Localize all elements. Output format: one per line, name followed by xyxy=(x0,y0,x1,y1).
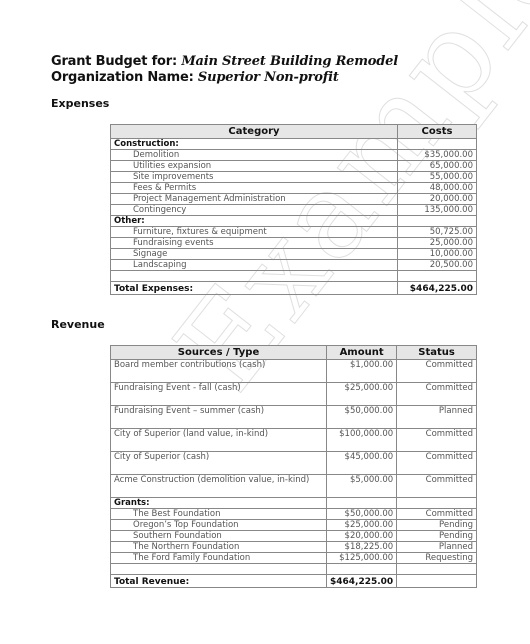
revenue-table: Sources / Type Amount Status Board membe… xyxy=(110,345,477,588)
empty-cell xyxy=(397,575,477,588)
spacer-cell xyxy=(111,271,398,282)
spacer-cell xyxy=(398,271,477,282)
grant-row: Southern Foundation$20,000.00Pending xyxy=(111,531,477,542)
revenue-row: Acme Construction (demolition value, in-… xyxy=(111,475,477,498)
grant-title-value: Main Street Building Remodel xyxy=(181,54,398,69)
column-header-status: Status xyxy=(397,346,477,360)
revenue-row: City of Superior (land value, in-kind)$1… xyxy=(111,429,477,452)
expense-cost: 48,000.00 xyxy=(398,183,477,194)
total-expenses-label: Total Expenses: xyxy=(111,282,398,295)
grant-row: The Northern Foundation$18,225.00Planned xyxy=(111,542,477,553)
total-revenue-label: Total Revenue: xyxy=(111,575,327,588)
expense-cost: 20,000.00 xyxy=(398,194,477,205)
expense-cost: 65,000.00 xyxy=(398,161,477,172)
revenue-status: Committed xyxy=(397,383,477,406)
expense-row: Demolition$35,000.00 xyxy=(111,150,477,161)
expense-row: Fees & Permits48,000.00 xyxy=(111,183,477,194)
spacer-cell xyxy=(111,564,327,575)
revenue-amount: $1,000.00 xyxy=(327,360,397,383)
empty-cell xyxy=(397,498,477,509)
grant-name: The Ford Family Foundation xyxy=(111,553,327,564)
expense-cost: 55,000.00 xyxy=(398,172,477,183)
expense-row: Fundraising events25,000.00 xyxy=(111,238,477,249)
organization-label: Organization Name: xyxy=(51,70,194,85)
grant-amount: $50,000.00 xyxy=(327,509,397,520)
expense-name: Fees & Permits xyxy=(111,183,398,194)
expense-name: Project Management Administration xyxy=(111,194,398,205)
expense-group-cost-empty xyxy=(398,139,477,150)
revenue-status: Committed xyxy=(397,452,477,475)
grant-status: Pending xyxy=(397,520,477,531)
revenue-amount: $100,000.00 xyxy=(327,429,397,452)
expense-cost: 10,000.00 xyxy=(398,249,477,260)
grant-name: Oregon’s Top Foundation xyxy=(111,520,327,531)
expense-row: Contingency135,000.00 xyxy=(111,205,477,216)
organization-value: Superior Non-profit xyxy=(198,70,339,85)
expense-name: Utilities expansion xyxy=(111,161,398,172)
revenue-amount: $25,000.00 xyxy=(327,383,397,406)
column-header-costs: Costs xyxy=(398,125,477,139)
expenses-total-row: Total Expenses:$464,225.00 xyxy=(111,282,477,295)
grant-row: The Ford Family Foundation$125,000.00Req… xyxy=(111,553,477,564)
expense-cost: 50,725.00 xyxy=(398,227,477,238)
expense-row: Project Management Administration20,000.… xyxy=(111,194,477,205)
grant-name: The Northern Foundation xyxy=(111,542,327,553)
revenue-row: Fundraising Event – summer (cash)$50,000… xyxy=(111,406,477,429)
revenue-source: Board member contributions (cash) xyxy=(111,360,327,383)
grant-amount: $20,000.00 xyxy=(327,531,397,542)
expense-name: Fundraising events xyxy=(111,238,398,249)
revenue-heading: Revenue xyxy=(51,318,105,331)
expense-row: Landscaping20,500.00 xyxy=(111,260,477,271)
grant-status: Pending xyxy=(397,531,477,542)
grant-status: Planned xyxy=(397,542,477,553)
expense-cost: 25,000.00 xyxy=(398,238,477,249)
grant-status: Requesting xyxy=(397,553,477,564)
total-expenses-value: $464,225.00 xyxy=(398,282,477,295)
grant-row: Oregon’s Top Foundation$25,000.00Pending xyxy=(111,520,477,531)
expense-group-label: Construction: xyxy=(111,139,398,150)
expense-row: Site improvements55,000.00 xyxy=(111,172,477,183)
document-page: Example Grant Budget for: Main Street Bu… xyxy=(0,0,530,644)
spacer-cell xyxy=(397,564,477,575)
expense-group-row: Other: xyxy=(111,216,477,227)
expenses-heading: Expenses xyxy=(51,97,109,110)
grant-title: Grant Budget for: Main Street Building R… xyxy=(51,54,398,69)
grant-amount: $25,000.00 xyxy=(327,520,397,531)
revenue-status: Planned xyxy=(397,406,477,429)
column-header-sources: Sources / Type xyxy=(111,346,327,360)
empty-cell xyxy=(327,498,397,509)
expense-name: Demolition xyxy=(111,150,398,161)
revenue-amount: $50,000.00 xyxy=(327,406,397,429)
revenue-row: Fundraising Event - fall (cash)$25,000.0… xyxy=(111,383,477,406)
revenue-row: City of Superior (cash)$45,000.00Committ… xyxy=(111,452,477,475)
expense-name: Landscaping xyxy=(111,260,398,271)
grant-status: Committed xyxy=(397,509,477,520)
expense-group-row: Construction: xyxy=(111,139,477,150)
expense-group-cost-empty xyxy=(398,216,477,227)
spacer-row xyxy=(111,564,477,575)
total-revenue-value: $464,225.00 xyxy=(327,575,397,588)
expense-name: Signage xyxy=(111,249,398,260)
revenue-source: City of Superior (land value, in-kind) xyxy=(111,429,327,452)
revenue-source: City of Superior (cash) xyxy=(111,452,327,475)
column-header-category: Category xyxy=(111,125,398,139)
expenses-table: Category Costs Construction:Demolition$3… xyxy=(110,124,477,295)
grant-row: The Best Foundation$50,000.00Committed xyxy=(111,509,477,520)
column-header-amount: Amount xyxy=(327,346,397,360)
revenue-status: Committed xyxy=(397,429,477,452)
expense-cost: $35,000.00 xyxy=(398,150,477,161)
revenue-total-row: Total Revenue:$464,225.00 xyxy=(111,575,477,588)
organization-name: Organization Name: Superior Non-profit xyxy=(51,70,339,85)
grants-group-row: Grants: xyxy=(111,498,477,509)
expense-row: Furniture, fixtures & equipment50,725.00 xyxy=(111,227,477,238)
revenue-status: Committed xyxy=(397,360,477,383)
expense-cost: 135,000.00 xyxy=(398,205,477,216)
expense-name: Site improvements xyxy=(111,172,398,183)
revenue-amount: $5,000.00 xyxy=(327,475,397,498)
revenue-source: Fundraising Event – summer (cash) xyxy=(111,406,327,429)
expense-row: Utilities expansion65,000.00 xyxy=(111,161,477,172)
revenue-amount: $45,000.00 xyxy=(327,452,397,475)
grants-label: Grants: xyxy=(111,498,327,509)
grant-amount: $18,225.00 xyxy=(327,542,397,553)
revenue-source: Acme Construction (demolition value, in-… xyxy=(111,475,327,498)
expense-cost: 20,500.00 xyxy=(398,260,477,271)
spacer-cell xyxy=(327,564,397,575)
revenue-status: Committed xyxy=(397,475,477,498)
expense-name: Furniture, fixtures & equipment xyxy=(111,227,398,238)
revenue-row: Board member contributions (cash)$1,000.… xyxy=(111,360,477,383)
expense-row: Signage10,000.00 xyxy=(111,249,477,260)
expense-name: Contingency xyxy=(111,205,398,216)
revenue-source: Fundraising Event - fall (cash) xyxy=(111,383,327,406)
expense-group-label: Other: xyxy=(111,216,398,227)
grant-name: The Best Foundation xyxy=(111,509,327,520)
grant-amount: $125,000.00 xyxy=(327,553,397,564)
spacer-row xyxy=(111,271,477,282)
grant-name: Southern Foundation xyxy=(111,531,327,542)
grant-title-label: Grant Budget for: xyxy=(51,54,177,69)
